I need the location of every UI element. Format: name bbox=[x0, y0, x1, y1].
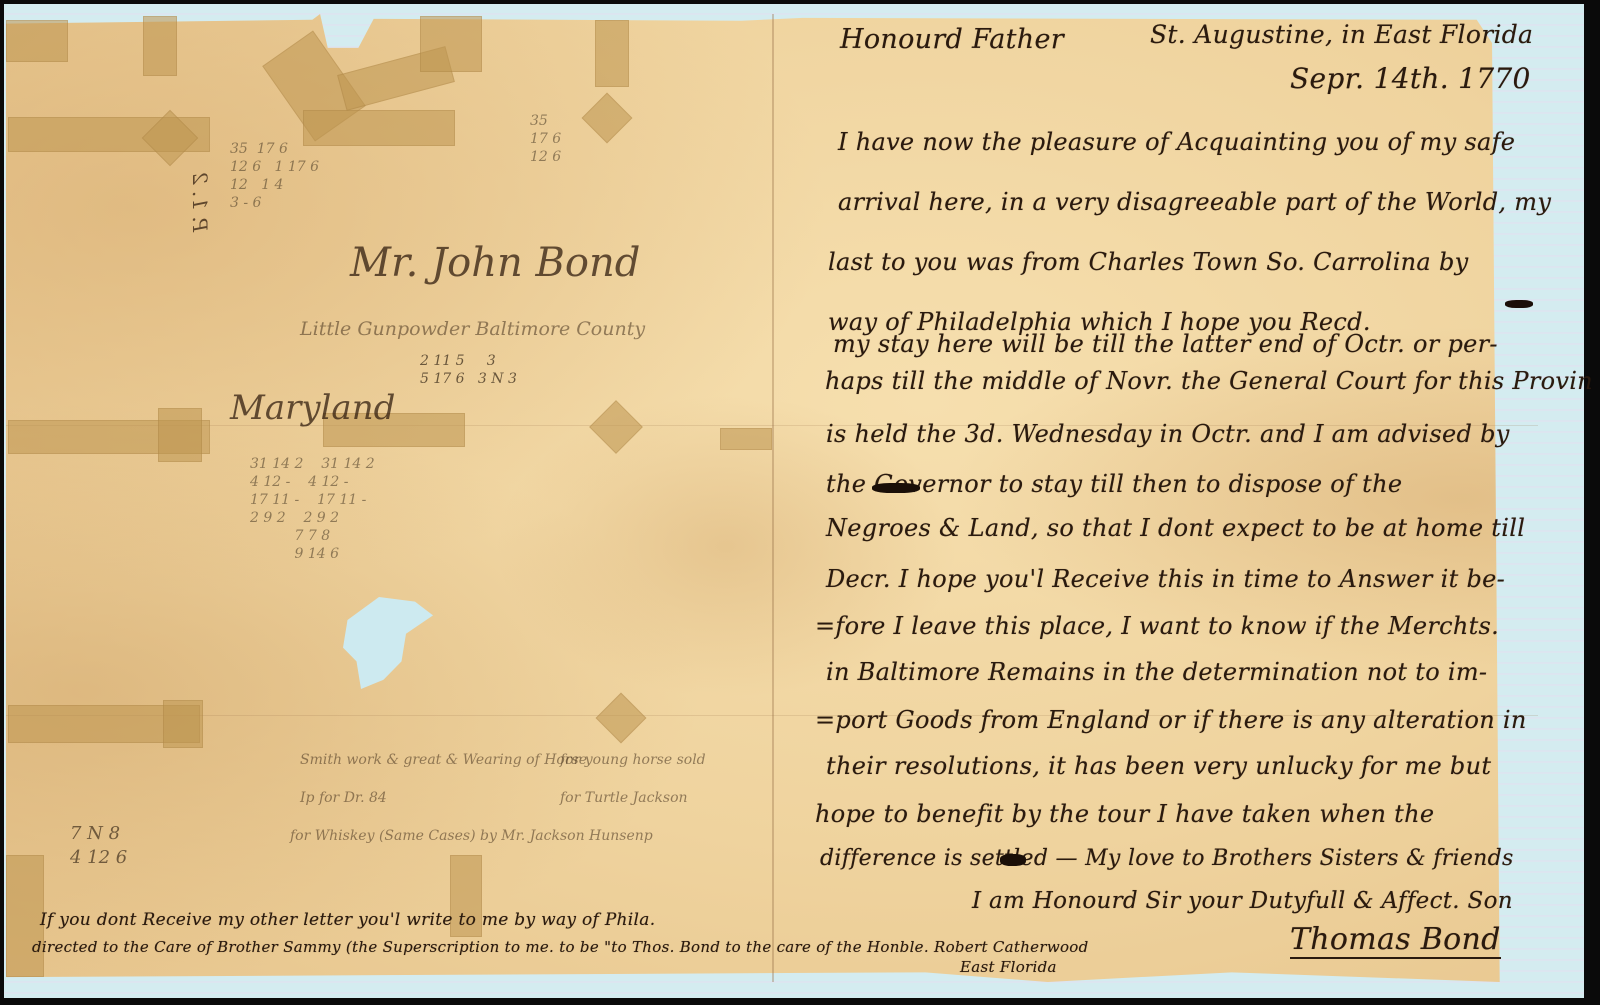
ink-blot bbox=[1000, 854, 1026, 866]
letter-closing: I am Honourd Sir your Dutyfull & Affect.… bbox=[972, 888, 1513, 914]
letter-body-line: =fore I leave this place, I want to know… bbox=[815, 612, 1499, 640]
letter-body-line: last to you was from Charles Town So. Ca… bbox=[828, 248, 1469, 276]
letter-place: St. Augustine, in East Florida bbox=[1150, 20, 1533, 49]
letter-body-line: Decr. I hope you'l Receive this in time … bbox=[826, 565, 1505, 593]
letter-body-line: hope to benefit by the tour I have taken… bbox=[815, 800, 1434, 828]
tape-strip bbox=[595, 20, 629, 87]
letter-body-line: =port Goods from England or if there is … bbox=[815, 706, 1527, 734]
address-side-mark: P. 1. 2 bbox=[188, 172, 212, 232]
letter-body-line: arrival here, in a very disagreeable par… bbox=[838, 188, 1551, 216]
tape-strip bbox=[420, 16, 482, 72]
address-note: for Whiskey (Same Cases) by Mr. Jackson … bbox=[290, 828, 653, 844]
letter-body-line: is held the 3d. Wednesday in Octr. and I… bbox=[826, 420, 1510, 448]
postscript-address-line: East Florida bbox=[960, 958, 1057, 976]
address-note: for young horse sold bbox=[560, 752, 706, 768]
center-fold bbox=[772, 14, 774, 982]
ledger-figures: 31 14 2 31 14 2 4 12 - 4 12 - 17 11 - 17… bbox=[250, 455, 375, 563]
postscript-line: If you dont Receive my other letter you'… bbox=[40, 910, 655, 930]
address-state: Maryland bbox=[230, 388, 395, 428]
letter-body-line: I have now the pleasure of Acquainting y… bbox=[838, 128, 1515, 156]
tape-strip bbox=[158, 408, 202, 462]
address-note: for Turtle Jackson bbox=[560, 790, 688, 806]
letter-date: Sepr. 14th. 1770 bbox=[1290, 62, 1531, 95]
address-note: Smith work & great & Wearing of Horse bbox=[300, 752, 587, 768]
tape-strip bbox=[6, 855, 44, 977]
ledger-figures: 2 11 5 3 5 17 6 3 N 3 bbox=[420, 352, 517, 388]
letter-body-line: haps till the middle of Novr. the Genera… bbox=[825, 367, 1593, 395]
letter-salutation: Honourd Father bbox=[840, 24, 1064, 55]
ink-blot bbox=[872, 483, 920, 493]
tape-strip bbox=[143, 16, 177, 76]
address-locality: Little Gunpowder Baltimore County bbox=[300, 318, 645, 340]
letter-body-line: in Baltimore Remains in the determinatio… bbox=[826, 658, 1487, 686]
ledger-figures: 35 17 6 12 6 1 17 6 12 1 4 3 - 6 bbox=[230, 140, 319, 212]
postscript-line: directed to the Care of Brother Sammy (t… bbox=[32, 938, 1089, 956]
letter-body-line: Negroes & Land, so that I dont expect to… bbox=[826, 514, 1525, 542]
ink-blot bbox=[1505, 300, 1533, 308]
address-note: Ip for Dr. 84 bbox=[300, 790, 387, 806]
ledger-figures: 35 17 6 12 6 bbox=[530, 112, 561, 166]
ledger-figures: 7 N 8 4 12 6 bbox=[70, 822, 127, 870]
address-recipient: Mr. John Bond bbox=[350, 240, 640, 286]
letter-body-line: my stay here will be till the latter end… bbox=[833, 330, 1498, 358]
letter-body-line: their resolutions, it has been very unlu… bbox=[826, 752, 1491, 780]
tape-strip bbox=[6, 20, 68, 62]
tape-strip bbox=[163, 700, 203, 748]
letter-signature: Thomas Bond bbox=[1290, 922, 1501, 959]
tape-strip bbox=[720, 428, 772, 450]
letter-body-line: difference is settled — My love to Broth… bbox=[820, 846, 1514, 871]
tape-strip bbox=[303, 110, 455, 146]
